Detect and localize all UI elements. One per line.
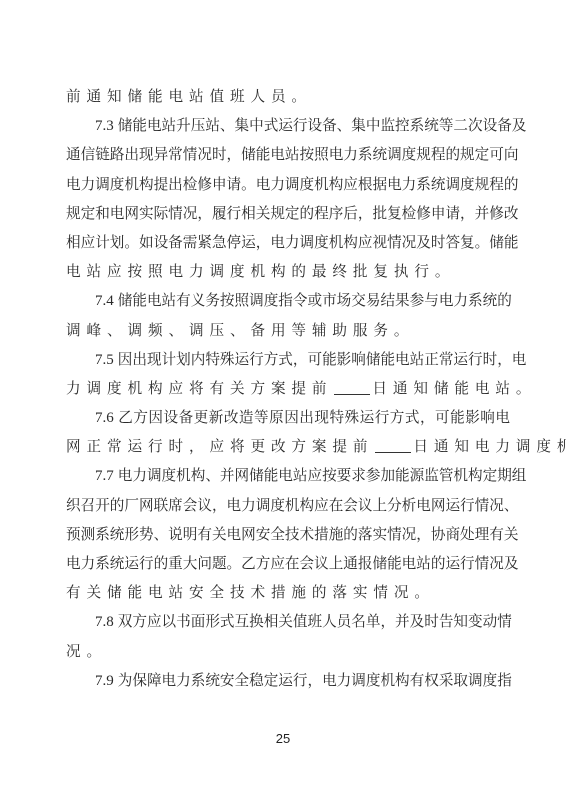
clause-number: 7.3 [95, 118, 114, 134]
clause-7-7-line-5: 有关储能电站安全技术措施的落实情况。 [66, 578, 510, 607]
clause-number: 7.9 [95, 673, 114, 689]
clause-text: 日通知储能电站。 [372, 380, 536, 397]
document-page: 前通知储能电站值班人员。 7.3储能电站升压站、集中式运行设备、集中监控系统等二… [0, 0, 566, 800]
document-body: 前通知储能电站值班人员。 7.3储能电站升压站、集中式运行设备、集中监控系统等二… [66, 82, 510, 695]
clause-number: 7.4 [95, 293, 114, 309]
clause-7-4-line-1: 7.4储能电站有义务按照调度指令或市场交易结果参与电力系统的 [66, 286, 510, 315]
clause-text: 力调度机构应将有关方案提前 [66, 380, 332, 397]
clause-number: 7.7 [95, 468, 114, 484]
page-number: 25 [0, 731, 566, 746]
clause-number: 7.8 [95, 614, 114, 630]
fill-in-blank-days [334, 380, 370, 395]
clause-number: 7.5 [95, 352, 114, 368]
clause-text: 日通知电力调度机构。 [413, 438, 566, 455]
clause-text: 乙方因设备更新改造等原因出现特殊运行方式，可能影响电 [118, 409, 510, 426]
clause-7-8-line-2: 况。 [66, 637, 510, 666]
clause-7-6-line-1: 7.6乙方因设备更新改造等原因出现特殊运行方式，可能影响电 [66, 403, 510, 432]
clause-7-5-line-1: 7.5因出现计划内特殊运行方式，可能影响储能电站正常运行时，电 [66, 345, 510, 374]
clause-7-3-line-1: 7.3储能电站升压站、集中式运行设备、集中监控系统等二次设备及 [66, 111, 510, 140]
clause-7-3-line-4: 规定和电网实际情况，履行相关规定的程序后，批复检修申请，并修改 [66, 199, 510, 228]
clause-7-9-line-1: 7.9为保障电力系统安全稳定运行，电力调度机构有权采取调度指 [66, 666, 510, 695]
clause-text: 双方应以书面形式互换相关值班人员名单，并及时告知变动情 [118, 613, 512, 630]
continuation-line: 前通知储能电站值班人员。 [66, 82, 510, 111]
clause-number: 7.6 [95, 410, 114, 426]
clause-text: 电力调度机构、并网储能电站应按要求参加能源监管机构定期组 [118, 467, 527, 484]
clause-7-3-line-3: 电力调度机构提出检修申请。电力调度机构应根据电力系统调度规程的 [66, 170, 510, 199]
clause-7-7-line-4: 电力系统运行的重大问题。乙方应在会议上通报储能电站的运行情况及 [66, 549, 510, 578]
fill-in-blank-days [375, 438, 411, 453]
clause-7-3-line-2: 通信链路出现异常情况时，储能电站按照电力系统调度规程的规定可向 [66, 140, 510, 169]
clause-7-7-line-3: 预测系统形势、说明有关电网安全技术措施的落实情况，协商处理有关 [66, 520, 510, 549]
clause-text: 储能电站升压站、集中式运行设备、集中监控系统等二次设备及 [118, 117, 527, 134]
clause-text: 网正常运行时，应将更改方案提前 [66, 438, 373, 455]
clause-text: 因出现计划内特殊运行方式，可能影响储能电站正常运行时，电 [118, 351, 527, 368]
clause-7-7-line-1: 7.7电力调度机构、并网储能电站应按要求参加能源监管机构定期组 [66, 461, 510, 490]
clause-7-4-line-2: 调峰、调频、调压、备用等辅助服务。 [66, 316, 510, 345]
clause-text: 储能电站有义务按照调度指令或市场交易结果参与电力系统的 [118, 292, 512, 309]
clause-7-5-line-2: 力调度机构应将有关方案提前日通知储能电站。 [66, 374, 510, 403]
clause-7-8-line-1: 7.8双方应以书面形式互换相关值班人员名单，并及时告知变动情 [66, 607, 510, 636]
clause-7-7-line-2: 织召开的厂网联席会议，电力调度机构应在会议上分析电网运行情况、 [66, 491, 510, 520]
clause-7-6-line-2: 网正常运行时，应将更改方案提前日通知电力调度机构。 [66, 432, 510, 461]
clause-7-3-line-6: 电站应按照电力调度机构的最终批复执行。 [66, 257, 510, 286]
clause-7-3-line-5: 相应计划。如设备需紧急停运，电力调度机构应视情况及时答复。储能 [66, 228, 510, 257]
clause-text: 为保障电力系统安全稳定运行，电力调度机构有权采取调度指 [118, 672, 512, 689]
